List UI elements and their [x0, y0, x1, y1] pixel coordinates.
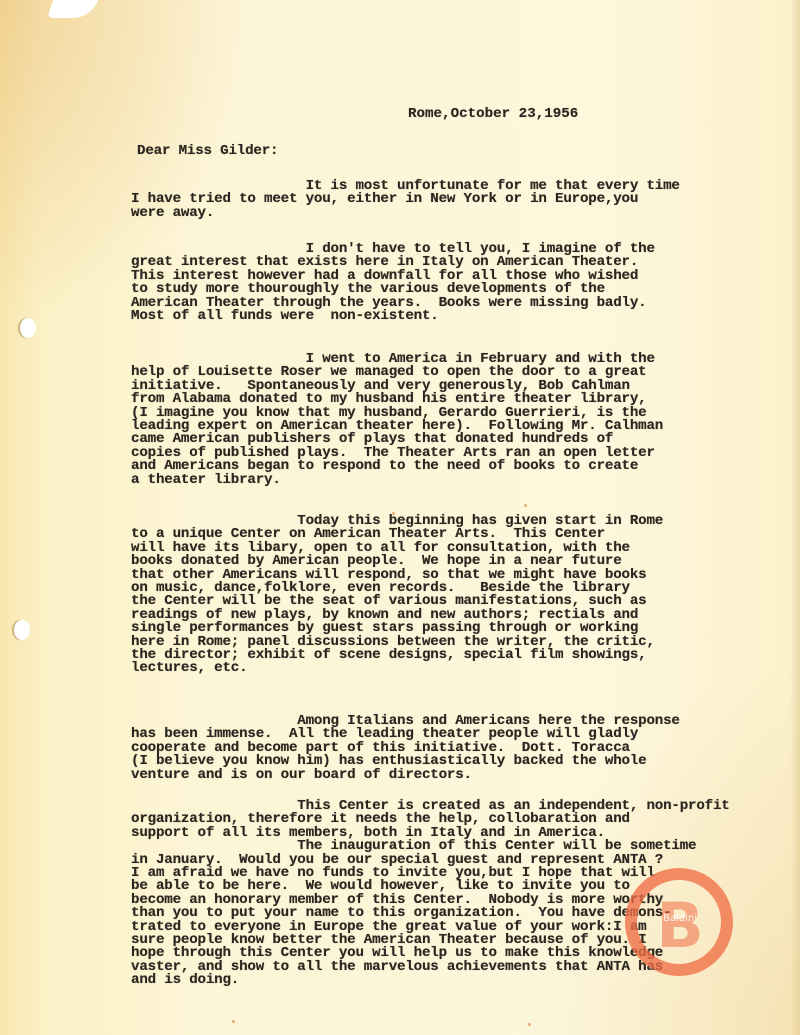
- torn-corner: [47, 0, 99, 18]
- letter-paragraph: Among Italians and Americans here the re…: [131, 715, 791, 782]
- punch-hole-icon: [14, 620, 30, 640]
- letter-line: a theater library.: [131, 474, 791, 487]
- letter-line: Most of all funds were non-existent.: [131, 310, 791, 323]
- stamp-text: Baldini: [648, 913, 712, 924]
- letter-paragraph: I went to America in February and with t…: [131, 353, 791, 487]
- letter-page: Rome,October 23,1956 Dear Miss Gilder: I…: [0, 0, 800, 1035]
- letter-paragraph: It is most unfortunate for me that every…: [131, 180, 791, 220]
- letter-line: were away.: [131, 207, 791, 220]
- letter-dateline: Rome,October 23,1956: [408, 106, 578, 122]
- letter-salutation: Dear Miss Gilder:: [137, 145, 797, 158]
- letter-paragraph: I don't have to tell you, I imagine of t…: [131, 243, 791, 323]
- letter-paragraph: Today this beginning has given start in …: [131, 515, 791, 676]
- punch-hole-icon: [20, 318, 36, 338]
- ink-speck: [232, 1020, 235, 1023]
- ink-speck: [528, 1023, 531, 1026]
- letter-line: I have tried to meet you, either in New …: [131, 193, 791, 206]
- letter-line: lectures, etc.: [131, 662, 791, 675]
- stamp-letter: B: [645, 895, 715, 957]
- letter-line: and is doing.: [131, 974, 791, 987]
- letter-line: venture and is on our board of directors…: [131, 769, 791, 782]
- ink-speck: [524, 504, 527, 507]
